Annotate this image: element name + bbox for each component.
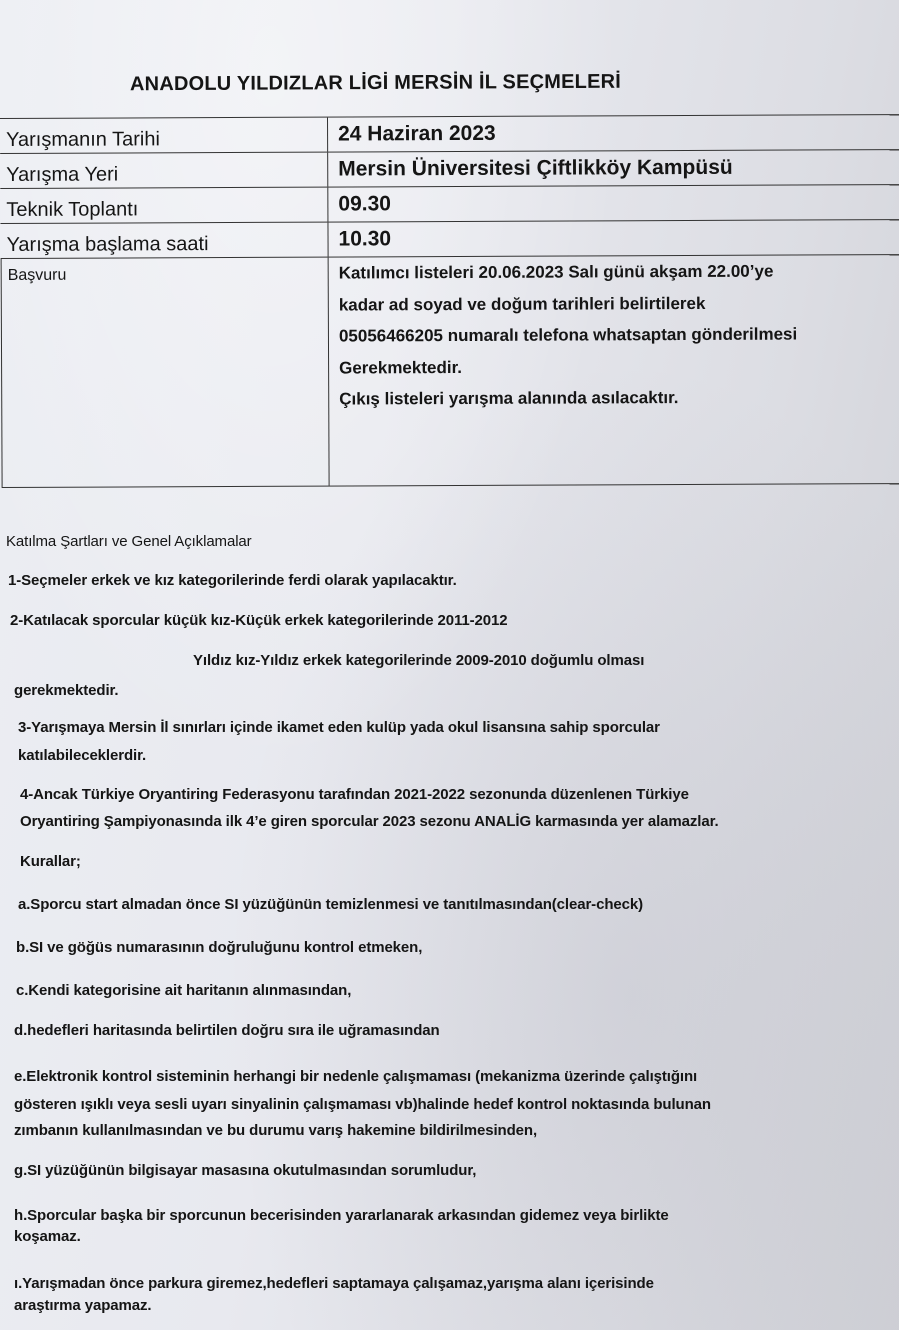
rule-h-line-1: h.Sporcular başka bir sporcunun becerisi… xyxy=(14,1207,669,1224)
rule-e-line-2: gösteren ışıklı veya sesli uyarı sinyali… xyxy=(14,1096,711,1113)
rule-b: b.SI ve göğüs numarasının doğruluğunu ko… xyxy=(16,939,422,956)
condition-2-line-2: Yıldız kız-Yıldız erkek kategorilerinde … xyxy=(193,652,644,669)
rule-e-line-1: e.Elektronik kontrol sisteminin herhangi… xyxy=(14,1068,697,1085)
row-label: Yarışmanın Tarihi xyxy=(0,118,328,153)
condition-4-line-2: Oryantiring Şampiyonasında ilk 4’e giren… xyxy=(20,813,719,830)
row-label: Teknik Toplantı xyxy=(0,188,328,223)
table-row-start-time: Yarışma başlama saati 10.30 xyxy=(0,219,899,258)
application-details: Katılımcı listeleri 20.06.2023 Salı günü… xyxy=(329,255,899,486)
rule-g: g.SI yüzüğünün bilgisayar masasına okutu… xyxy=(14,1162,476,1179)
row-value: 09.30 xyxy=(328,185,899,222)
row-label: Yarışma Yeri xyxy=(0,153,328,188)
row-value: 24 Haziran 2023 xyxy=(328,115,899,152)
document-title: ANADOLU YILDIZLAR LİGİ MERSİN İL SEÇMELE… xyxy=(130,71,621,97)
condition-3-line-2: katılabileceklerdir. xyxy=(18,747,146,764)
rule-i-line-2: araştırma yapamaz. xyxy=(14,1297,151,1314)
condition-4-line-1: 4-Ancak Türkiye Oryantiring Federasyonu … xyxy=(20,786,689,803)
rule-d: d.hedefleri haritasında belirtilen doğru… xyxy=(14,1022,440,1039)
table-row-date: Yarışmanın Tarihi 24 Haziran 2023 xyxy=(0,114,899,153)
table-row-venue: Yarışma Yeri Mersin Üniversitesi Çiftlik… xyxy=(0,149,899,188)
info-table: Yarışmanın Tarihi 24 Haziran 2023 Yarışm… xyxy=(0,114,899,488)
rule-a: a.Sporcu start almadan önce SI yüzüğünün… xyxy=(18,896,643,913)
table-row-application: Başvuru Katılımcı listeleri 20.06.2023 S… xyxy=(1,254,899,488)
table-row-technical-meeting: Teknik Toplantı 09.30 xyxy=(0,184,899,223)
row-label: Başvuru xyxy=(1,258,330,487)
rule-i-line-1: ı.Yarışmadan önce parkura giremez,hedefl… xyxy=(14,1275,654,1292)
application-line: Katılımcı listeleri 20.06.2023 Salı günü… xyxy=(339,255,899,289)
application-line: 05056466205 numaralı telefona whatsaptan… xyxy=(339,318,899,352)
rules-heading: Kurallar; xyxy=(20,853,81,870)
row-label: Yarışma başlama saati xyxy=(0,223,328,258)
application-line: Gerekmektedir. xyxy=(339,350,899,384)
condition-3-line-1: 3-Yarışmaya Mersin İl sınırları içinde i… xyxy=(18,719,660,736)
rule-e-line-3: zımbanın kullanılmasından ve bu durumu v… xyxy=(14,1122,537,1139)
rule-h-line-2: koşamaz. xyxy=(14,1228,81,1245)
condition-2-line-3: gerekmektedir. xyxy=(14,682,119,699)
row-value: Mersin Üniversitesi Çiftlikköy Kampüsü xyxy=(328,150,899,187)
condition-2-line-1: 2-Katılacak sporcular küçük kız-Küçük er… xyxy=(10,612,508,629)
row-value: 10.30 xyxy=(328,220,899,257)
rule-c: c.Kendi kategorisine ait haritanın alınm… xyxy=(16,982,351,999)
application-line: Çıkış listeleri yarışma alanında asılaca… xyxy=(339,381,899,415)
application-line: kadar ad soyad ve doğum tarihleri belirt… xyxy=(339,287,899,321)
condition-1: 1-Seçmeler erkek ve kız kategorilerinde … xyxy=(8,572,457,589)
section-heading: Katılma Şartları ve Genel Açıklamalar xyxy=(6,533,252,550)
